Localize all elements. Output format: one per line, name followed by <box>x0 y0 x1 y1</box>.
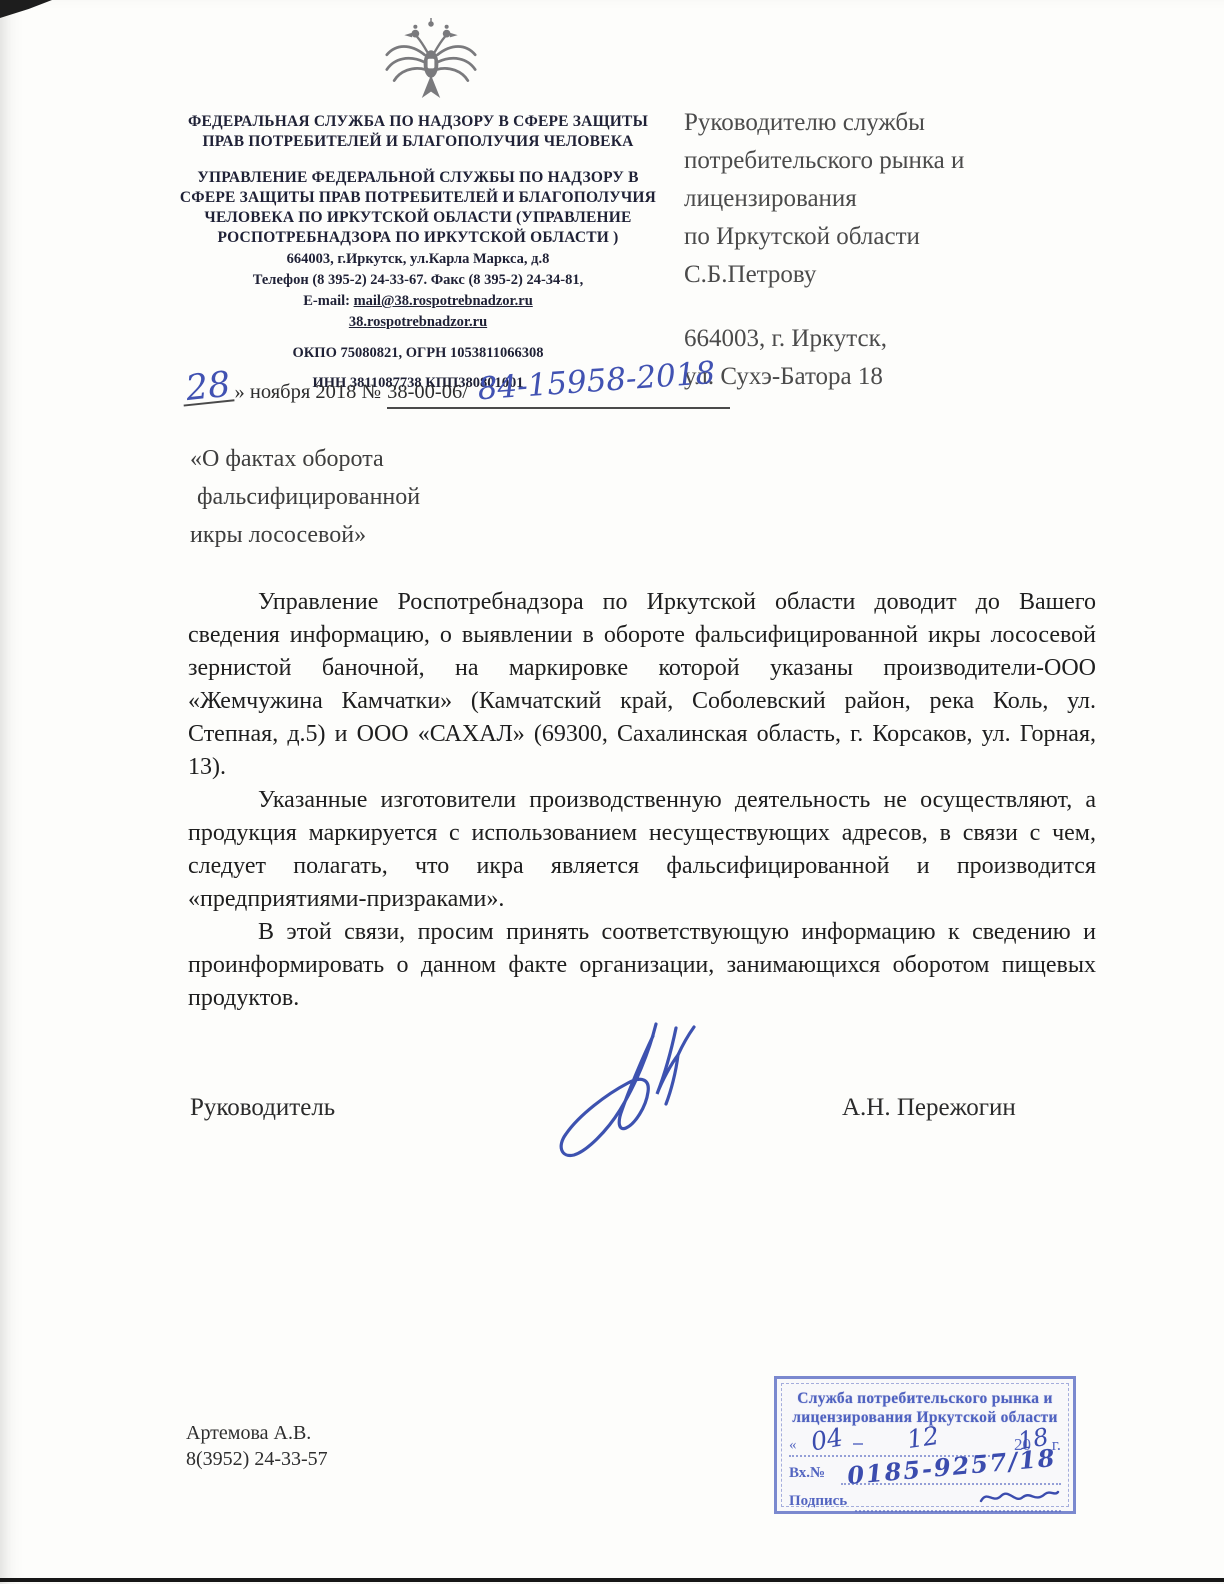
stamp-quote: « <box>789 1437 797 1454</box>
federal-service-name: ФЕДЕРАЛЬНАЯ СЛУЖБА ПО НАДЗОРУ В СФЕРЕ ЗА… <box>168 112 668 152</box>
letter-body: Управление Роспотребнадзора по Иркутской… <box>188 586 1096 1015</box>
subject-block: «О фактах оборота фальсифицированной икр… <box>190 440 420 554</box>
stamp-signature-underline <box>855 1510 1061 1512</box>
addressee-block: Руководителю службы потребительского рын… <box>684 104 1114 396</box>
addressee-name: С.Б.Петрову <box>684 256 1114 294</box>
stamp-signature-label: Подпись <box>789 1493 847 1510</box>
scan-artifact-corner <box>0 0 52 18</box>
addressee-line: Руководителю службы <box>684 104 1114 142</box>
addressee-line: лицензирования <box>684 180 1114 218</box>
okpo-ogrn-line: ОКПО 75080821, ОГРН 1053811066308 <box>168 345 668 362</box>
stamp-org-line: Служба потребительского рынка и <box>789 1389 1061 1408</box>
addressee-line: потребительского рынка и <box>684 142 1114 180</box>
outgoing-number-line: 38-00-06/84-15958-2018 <box>387 375 730 409</box>
addressee-address-line: 664003, г. Иркутск, <box>684 320 1114 358</box>
body-paragraph: Управление Роспотребнадзора по Иркутской… <box>188 586 1096 784</box>
letterhead-email-line: E-mail: mail@38.rospotrebnadzor.ru <box>168 292 668 311</box>
signer-position: Руководитель <box>190 1094 335 1122</box>
letterhead-phone-fax: Телефон (8 395-2) 24-33-67. Факс (8 395-… <box>168 271 668 290</box>
scan-artifact-bottom-edge <box>0 1578 1224 1582</box>
date-printed-part: » ноября 2018 № <box>233 381 388 403</box>
letterhead-block: ФЕДЕРАЛЬНАЯ СЛУЖБА ПО НАДЗОРУ В СФЕРЕ ЗА… <box>168 112 668 392</box>
stamp-dash <box>853 1443 863 1445</box>
scanned-letter-page: ФЕДЕРАЛЬНАЯ СЛУЖБА ПО НАДЗОРУ В СФЕРЕ ЗА… <box>0 0 1224 1584</box>
subject-line: фальсифицированной <box>190 478 420 516</box>
executor-phone: 8(3952) 24-33-57 <box>186 1446 328 1472</box>
stamp-clerk-signature <box>977 1484 1061 1510</box>
email-label: E-mail: <box>303 293 353 309</box>
addressee-gap <box>684 294 1114 320</box>
stamp-incoming-number-label: Вх.№ <box>789 1465 825 1482</box>
executor-block: Артемова А.В. 8(3952) 24-33-57 <box>186 1420 328 1472</box>
signer-name: А.Н. Пережогин <box>842 1094 1016 1122</box>
outgoing-number-prefix: 38-00-06/ <box>387 381 468 403</box>
executor-name: Артемова А.В. <box>186 1420 328 1446</box>
body-paragraph: Указанные изготовители производственную … <box>188 784 1096 916</box>
coat-of-arms-icon <box>372 18 490 110</box>
subject-line: «О фактах оборота <box>190 440 420 478</box>
reference-line: 28» ноября 2018 №38-00-06/84-15958-2018 <box>182 372 822 409</box>
stamp-handwritten-month: 12 <box>905 1421 941 1454</box>
incoming-registration-stamp: Служба потребительского рынка и лицензир… <box>774 1376 1076 1514</box>
website-address: 38.rospotrebnadzor.ru <box>349 314 487 330</box>
handwritten-day: 28 <box>180 369 234 406</box>
addressee-line: по Иркутской области <box>684 218 1114 256</box>
handwritten-signature <box>552 1014 752 1166</box>
stamp-handwritten-day: 04 <box>809 1422 845 1456</box>
body-paragraph: В этой связи, просим принять соответству… <box>188 916 1096 1015</box>
subject-line: икры лососевой» <box>190 516 420 554</box>
letterhead-address: 664003, г.Иркутск, ул.Карла Маркса, д.8 <box>168 250 668 269</box>
email-address: mail@38.rospotrebnadzor.ru <box>354 293 533 309</box>
letterhead-website-line: 38.rospotrebnadzor.ru <box>168 313 668 332</box>
stamp-incoming-number-row: Вх.№ 0185-9257/18 <box>789 1460 1061 1486</box>
stamp-signature-row: Подпись <box>789 1488 1061 1514</box>
regional-office-name: УПРАВЛЕНИЕ ФЕДЕРАЛЬНОЙ СЛУЖБЫ ПО НАДЗОРУ… <box>168 168 668 248</box>
